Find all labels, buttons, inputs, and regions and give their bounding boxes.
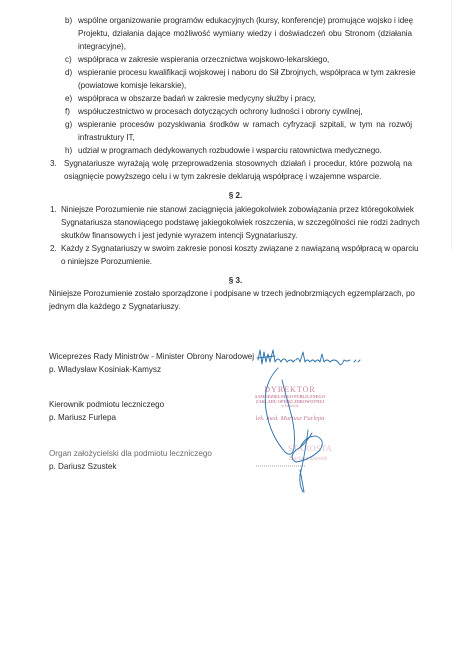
signature-scribbles bbox=[0, 0, 471, 664]
document-page: b) wspólne organizowanie programów eduka… bbox=[0, 0, 471, 664]
